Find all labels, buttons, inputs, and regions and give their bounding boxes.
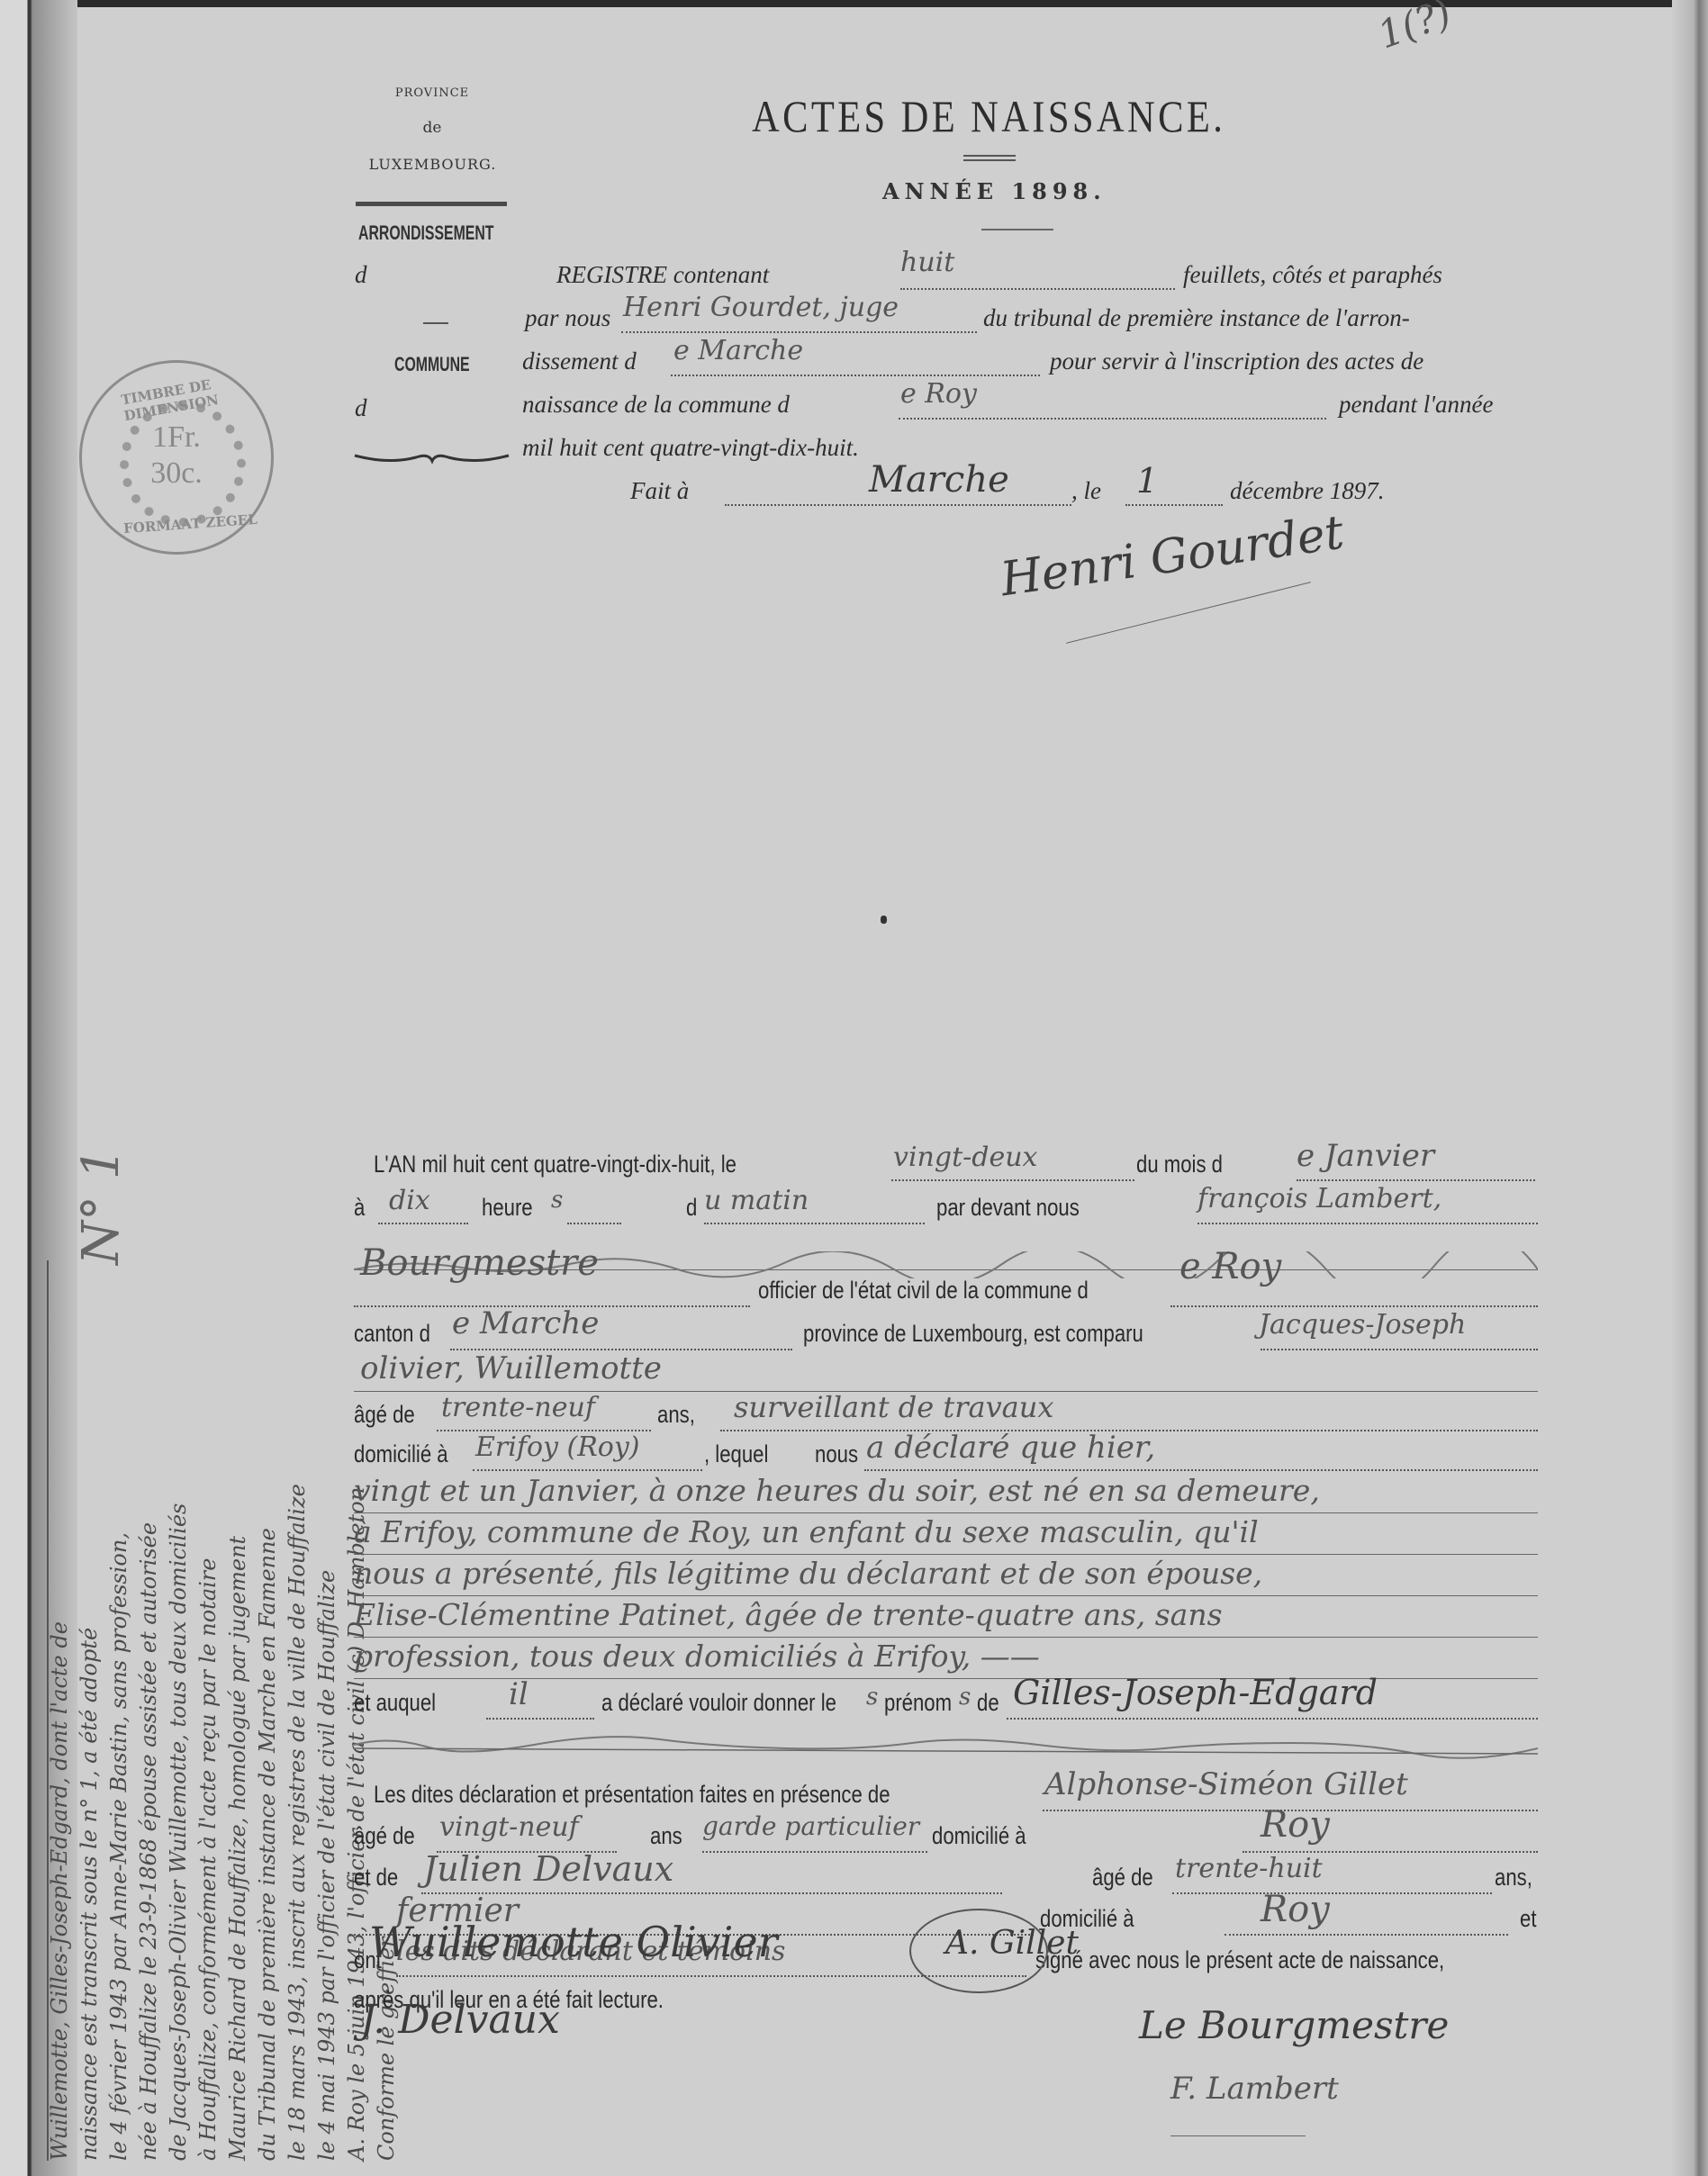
handwritten-leaf-count: huit [900,247,954,278]
handwritten-plural: s [959,1684,971,1711]
handwritten-witness1-residence: Roy [1261,1804,1330,1846]
register-text: du tribunal de première instance de l'ar… [983,304,1410,332]
book-top-edge [0,0,1708,7]
act-text: à [354,1194,365,1222]
register-page: 1(?) PROVINCE de LUXEMBOURG. ARRONDISSEM… [0,0,1708,2176]
annotation-line: à Houffalize, conformément à l'acte reçu… [195,1242,225,2161]
blank-line [1125,504,1223,506]
handwritten-declarant-name: olivier, Wuillemotte [360,1350,662,1386]
handwritten-judge-name: Henri Gourdet, juge [623,292,899,323]
blank-line [725,504,1071,506]
ruled-line [354,1595,1538,1596]
act-text: L'AN mil huit cent quatre-vingt-dix-huit… [374,1151,737,1178]
margin-annotation: Wuillemotte, Gilles-Joseph-Edgard, dont … [47,1242,317,2161]
register-text: mil huit cent quatre-vingt-dix-huit. [522,434,859,462]
handwritten-place: Marche [869,459,1009,501]
act-text: , lequel [704,1440,768,1468]
act-text: ans, [657,1401,695,1429]
act-text: et auquel [354,1689,436,1717]
strike-squiggle-icon [354,1727,1538,1763]
handwritten-age: trente-neuf [441,1392,595,1423]
fait-a-label: Fait à [630,477,689,505]
blank-line [1007,1718,1538,1720]
act-text: âgé de [1092,1864,1153,1892]
handwritten-pronoun: il [509,1676,529,1712]
blank-line [567,1223,621,1224]
handwritten-witness2-name: Julien Delvaux [423,1849,673,1889]
handwritten-witness2-age: trente-huit [1175,1853,1323,1884]
header-dash [423,322,448,324]
handwritten-given-names: Gilles-Joseph-Edgard [1013,1673,1378,1712]
handwritten-day: 1 [1136,461,1158,501]
act-text: et de [354,1864,398,1892]
page-right-edge [1672,0,1708,2176]
handwritten-narrative-line: vingt et un Janvier, à onze heures du so… [354,1473,1320,1508]
act-text: âgé de [354,1822,415,1850]
handwritten-declarant-name: Jacques-Joseph [1259,1309,1466,1341]
act-text: heure [482,1194,533,1222]
act-text: officier de l'état civil de la commune d [758,1277,1089,1305]
blank-line [899,418,1326,420]
mayor-signature: F. Lambert [1170,2071,1339,2107]
act-text: canton d [354,1320,430,1348]
blank-line [621,331,977,333]
folio-number: 1(?) [1372,0,1457,58]
act-text: ans [650,1822,682,1850]
declarant-signature: Wuillemotte Olivier [369,1918,778,1966]
register-text: pendant l'année [1339,391,1493,419]
annotation-line: Wuillemotte, Gilles-Joseph-Edgard, dont … [47,1242,77,2161]
witness2-signature: J. Delvaux [360,1997,560,2043]
act-text: nous [815,1440,858,1468]
act-text: domicilié à [354,1440,448,1468]
handwritten-arrondissement: e Marche [673,335,803,366]
blank-line [378,1223,468,1224]
annotation-line: du Tribunal de première instance de Marc… [255,1242,285,2161]
blank-line [671,375,1040,376]
commune-prefix: d [355,394,367,422]
blank-line [1261,1349,1538,1350]
ornament-brace-icon [353,450,511,468]
year-heading: ANNÉE 1898. [882,178,1107,204]
act-text: a déclaré vouloir donner le [601,1689,836,1717]
handwritten-witness1-name: Alphonse-Siméon Gillet [1044,1766,1408,1802]
ruled-line [354,1554,1538,1555]
blank-line [702,1851,927,1853]
act-text: et [1520,1905,1536,1933]
handwritten-residence: Erifoy (Roy) [475,1431,640,1463]
stamp-value-francs: 1Fr. [82,420,271,455]
stamp-bottom-text: FORMAAT ZEGEL [123,511,258,537]
blank-line [900,288,1175,290]
handwritten-narrative-line: à Erifoy, commune de Roy, un enfant du s… [354,1514,1259,1549]
margin-rule [47,1260,49,2161]
register-text: par nous [525,304,610,332]
act-text: de [977,1689,999,1717]
act-text: âgé de [354,1401,415,1429]
blank-line [1297,1179,1535,1181]
header-rule [356,202,507,206]
tax-stamp: TIMBRE DE DIMENSION 1Fr. 30c. FORMAAT ZE… [79,360,274,555]
handwritten-plural: s [551,1187,563,1214]
book-binding [0,0,32,2176]
act-text: domicilié à [932,1822,1026,1850]
register-text: feuillets, côtés et paraphés [1183,261,1442,289]
act-text: signé avec nous le présent acte de naiss… [1035,1946,1444,1974]
annotation-line: née à Houffalize le 23-9-1868 épouse ass… [136,1242,166,2161]
blank-line [1170,1305,1538,1307]
blank-line [1225,1934,1508,1936]
stamp-value-cents: 30c. [82,456,271,491]
handwritten-officer-name: françois Lambert, [1197,1183,1441,1214]
annotation-line: le 4 mai 1943 par l'officier de l'état c… [314,1242,344,2161]
register-text: , le [1071,477,1101,505]
handwritten-narrative-line: nous a présenté, fils légitime du déclar… [354,1556,1262,1591]
act-text: prénom [884,1689,952,1717]
blank-line [1197,1223,1538,1224]
handwritten-commune: e Roy [1179,1246,1281,1287]
handwritten-occupation: surveillant de travaux [734,1390,1053,1424]
handwritten-declaration: a déclaré que hier, [866,1430,1155,1466]
act-text: d [686,1194,697,1222]
handwritten-period: u matin [704,1185,809,1216]
handwritten-narrative-line: profession, tous deux domiciliés à Erifo… [354,1639,1040,1674]
blank-line [704,1223,925,1224]
annotation-line: Maurice Richard de Houffalize, homologué… [225,1242,255,2161]
handwritten-hour: dix [389,1185,430,1216]
handwritten-witness1-age: vingt-neuf [439,1811,579,1843]
register-text: REGISTRE contenant [556,261,769,289]
arrondissement-prefix: d [355,261,367,289]
blank-line [486,1718,594,1720]
act-text: par devant nous [936,1194,1080,1222]
annotation-line: le 18 mars 1943, inscrit aux registres d… [285,1242,314,2161]
witness1-signature: A. Gillet [945,1925,1079,1962]
ruled-line [354,1637,1538,1638]
blank-line [891,1179,1134,1181]
handwritten-narrative-line: Elise-Clémentine Patinet, âgée de trente… [354,1597,1223,1632]
handwritten-witness2-residence: Roy [1261,1889,1330,1930]
province-name: LUXEMBOURG. [349,156,516,173]
handwritten-witness1-occupation: garde particulier [702,1811,919,1841]
blank-line [1172,1892,1492,1894]
handwritten-officer-title: Bourgmestre [360,1242,599,1284]
register-text: dissement d [522,348,637,375]
act-text: du mois d [1136,1151,1223,1178]
handwritten-canton: e Marche [452,1305,599,1341]
annotation-line: le 4 février 1943 par Anne-Marie Bastin,… [106,1242,136,2161]
handwritten-commune: e Roy [900,378,977,410]
act-text: province de Luxembourg, est comparu [803,1320,1143,1348]
handwritten-plural: s [866,1684,878,1711]
act-text: Les dites déclaration et présentation fa… [374,1781,890,1809]
mayor-title-signature: Le Bourgmestre [1139,2003,1449,2047]
annotation-line: de Jacques-Joseph-Olivier Wuillemotte, t… [166,1242,195,2161]
page-title: ACTES DE NAISSANCE. [752,90,1225,142]
act-text: ans, [1495,1864,1532,1892]
ink-spot [881,916,887,924]
judge-signature: Henri Gourdet [998,506,1347,608]
register-text: pour servir à l'inscription des actes de [1050,348,1423,375]
arrondissement-label: ARRONDISSEMENT [358,221,493,245]
ruled-line [354,1512,1538,1513]
register-text: naissance de la commune d [522,391,790,419]
handwritten-day: vingt-deux [893,1142,1037,1173]
annotation-line: naissance est transcrit sous le n° 1, a … [77,1242,106,2161]
title-double-rule [963,155,1016,161]
blank-line [864,1469,1538,1471]
province-de: de [356,119,509,137]
year-flourish [981,229,1053,230]
signature-underline [1170,2135,1306,2136]
register-date: décembre 1897. [1230,477,1384,505]
blank-line [473,1469,702,1471]
handwritten-month: e Janvier [1297,1138,1434,1174]
commune-label: COMMUNE [394,353,470,376]
province-label: PROVINCE [356,86,509,100]
